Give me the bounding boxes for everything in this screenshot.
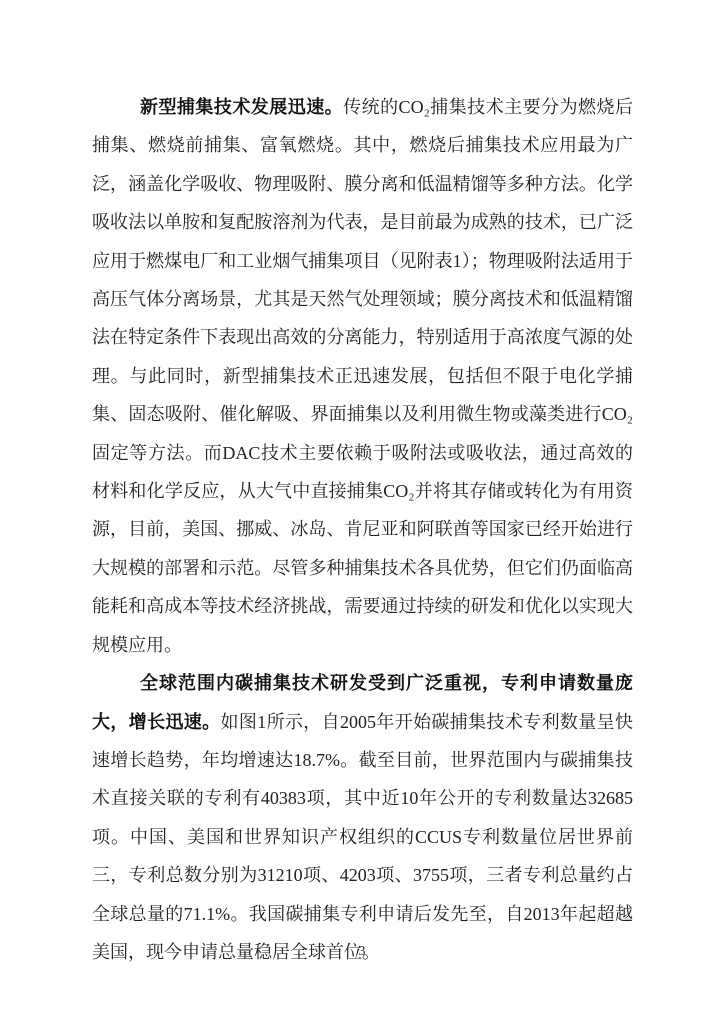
paragraph-patent-growth: 全球范围内碳捕集技术研发受到广泛重视，专利申请数量庞大，增长迅速。如图1所示，自… [92, 664, 633, 971]
document-page: 新型捕集技术发展迅速。传统的CO₂捕集技术主要分为燃烧后捕集、燃烧前捕集、富氧燃… [0, 0, 724, 1024]
paragraph-patent-growth-text: 如图1所示，自2005年开始碳捕集技术专利数量呈快速增长趋势，年均增速达18.7… [92, 712, 633, 962]
document-body: 新型捕集技术发展迅速。传统的CO₂捕集技术主要分为燃烧后捕集、燃烧前捕集、富氧燃… [92, 88, 633, 971]
paragraph-capture-tech-lead: 新型捕集技术发展迅速。 [140, 97, 343, 117]
page-number: 3 [0, 944, 724, 960]
paragraph-capture-tech-text: 传统的CO₂捕集技术主要分为燃烧后捕集、燃烧前捕集、富氧燃烧。其中，燃烧后捕集技… [92, 97, 633, 655]
paragraph-capture-tech: 新型捕集技术发展迅速。传统的CO₂捕集技术主要分为燃烧后捕集、燃烧前捕集、富氧燃… [92, 88, 633, 664]
